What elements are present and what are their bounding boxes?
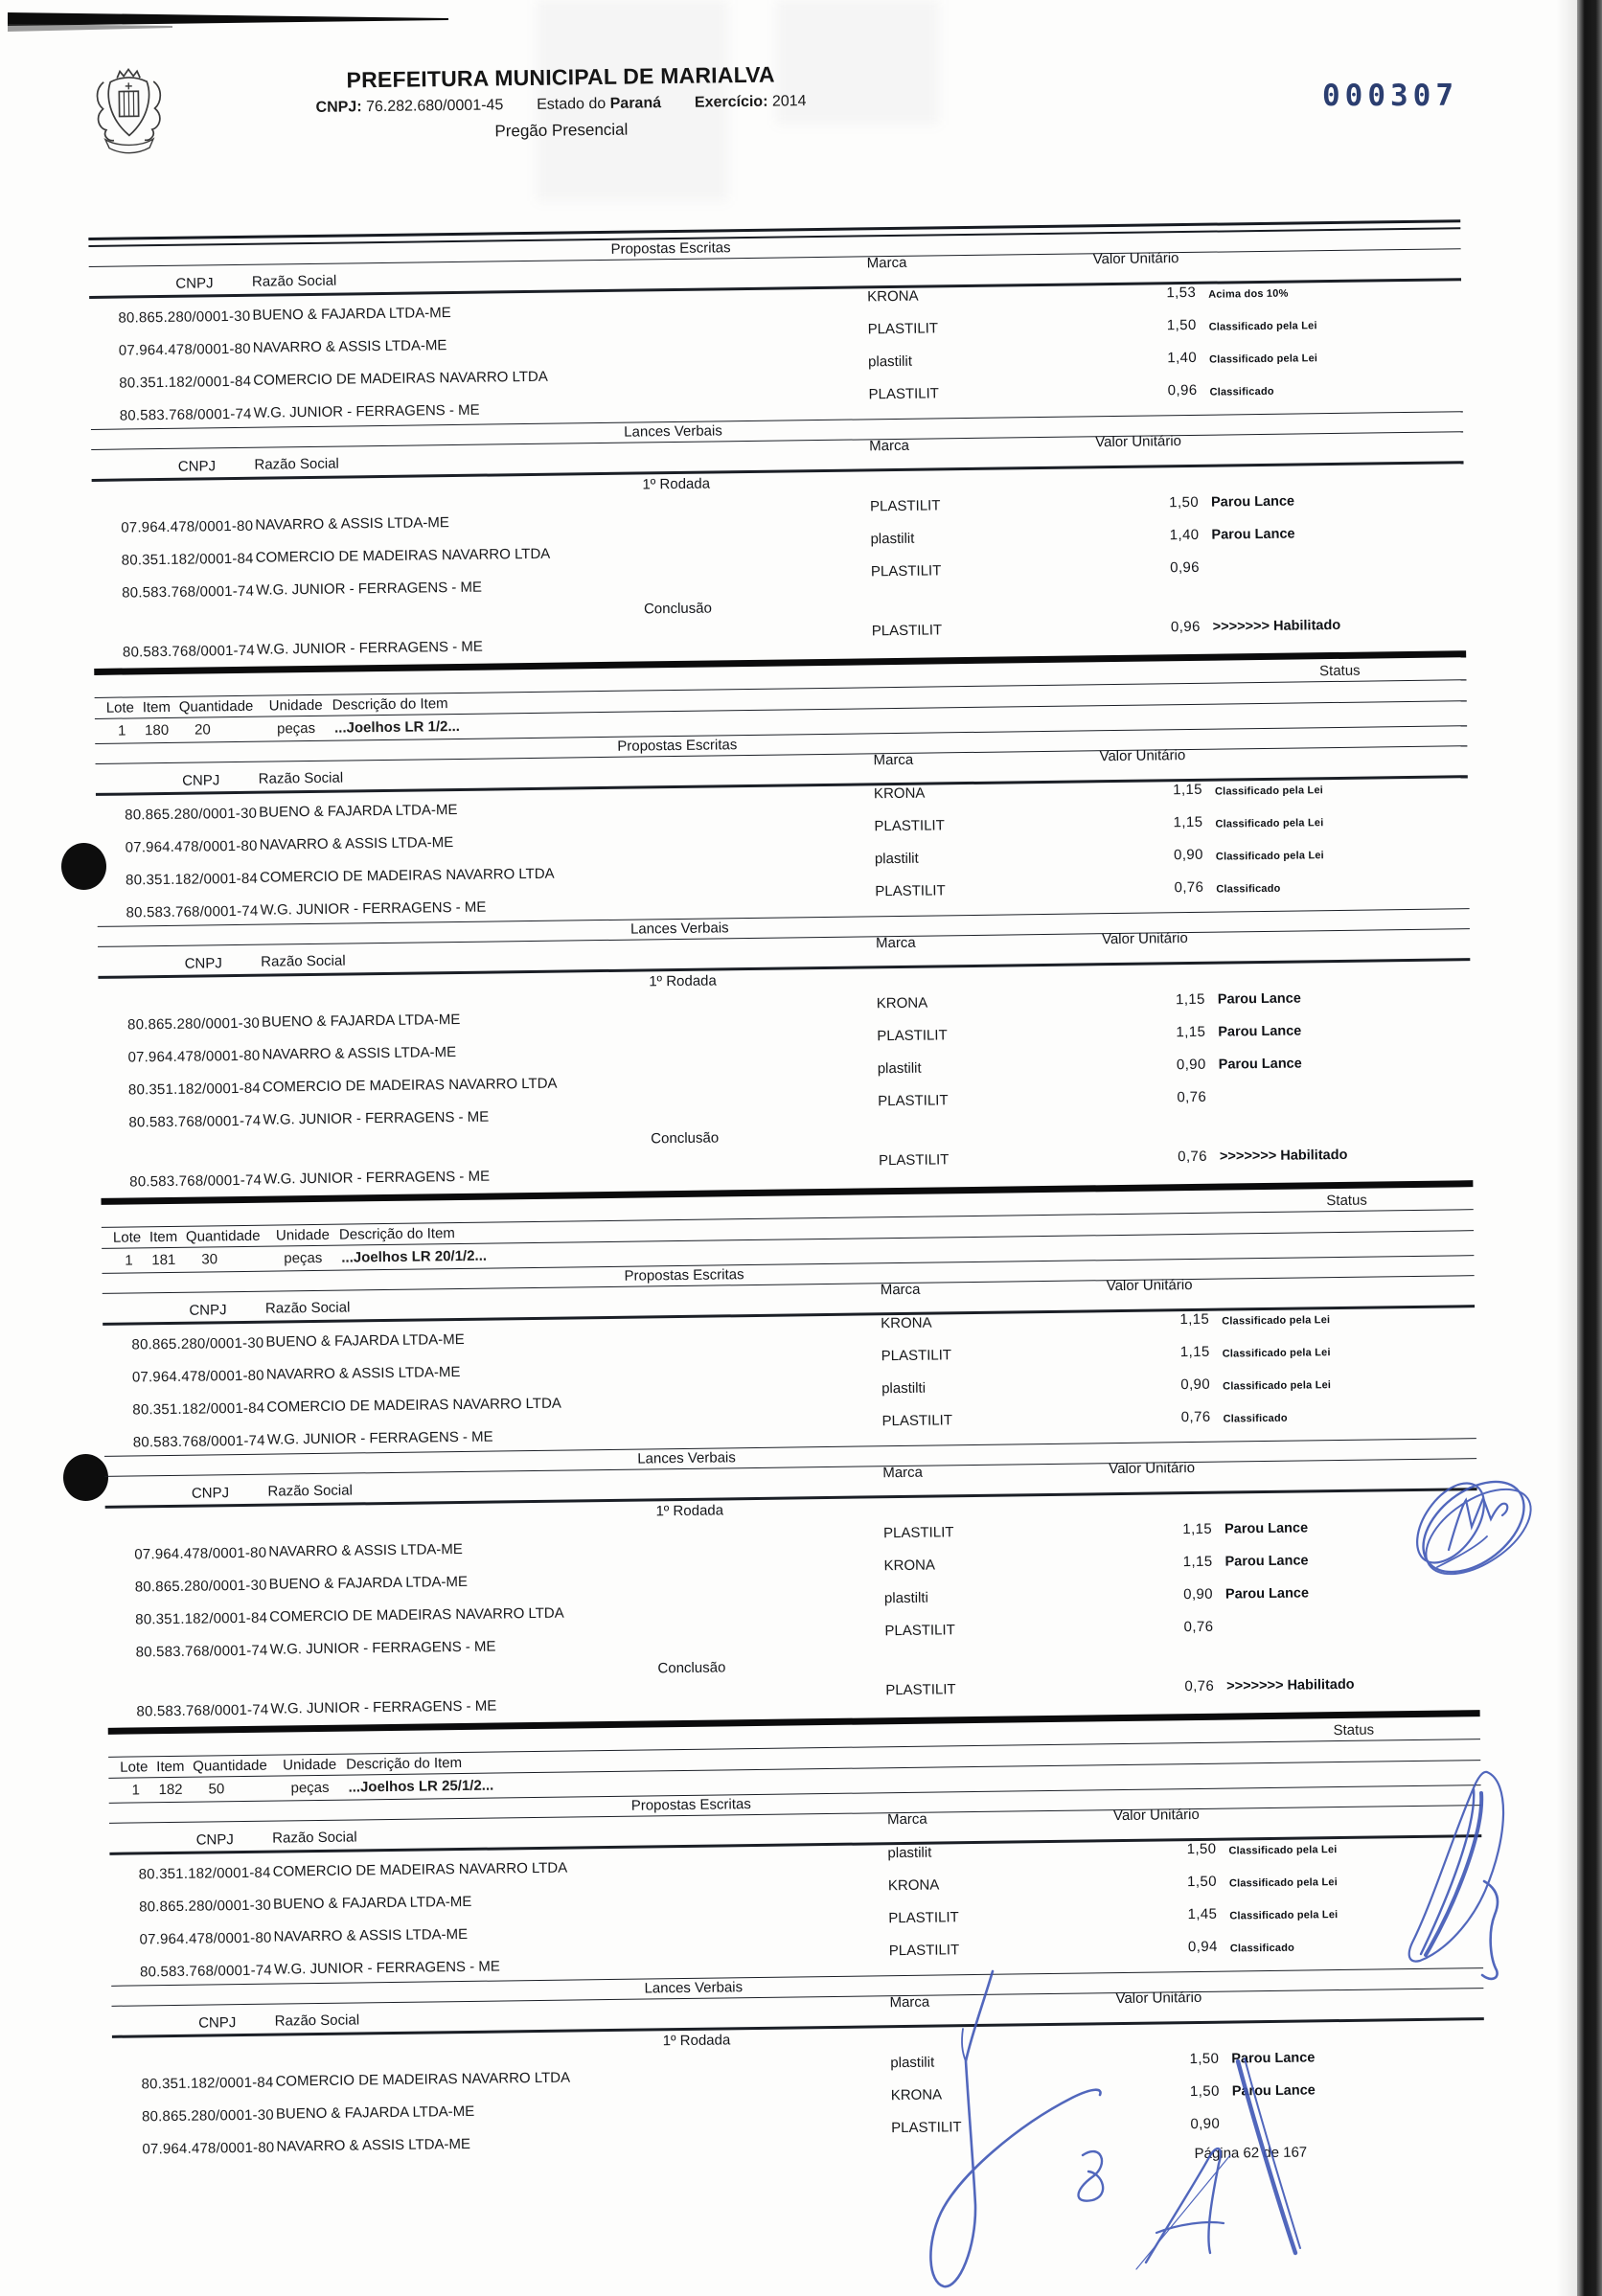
valor-unitario-cell: 1,50: [1027, 2051, 1219, 2070]
cnpj-cell: 80.351.182/0001-84: [126, 871, 258, 889]
marca-cell: KRONA: [888, 1877, 940, 1895]
bid-rows: 1º Rodada KRONA 1,15 Parou Lance 80.865.…: [98, 961, 1473, 1195]
page-footer: Página 62 de 167: [1195, 2145, 1308, 2163]
valor-unitario-cell: 0,76: [1016, 1148, 1207, 1168]
status-note-cell: Classificado: [1230, 1943, 1294, 1955]
descricao-cell: ...Joelhos LR 25/1/2...: [348, 1778, 493, 1796]
status-note-cell: Parou Lance: [1224, 1520, 1308, 1536]
cnpj-cell: 80.351.182/0001-84: [139, 1865, 271, 1883]
status-note-cell: Classificado pela Lei: [1229, 1909, 1338, 1921]
cnpj-cell: 80.583.768/0001-74: [140, 1963, 272, 1981]
col-header-marca: Marca: [869, 438, 909, 455]
valor-unitario-cell: 1,45: [1025, 1906, 1217, 1925]
bid-table: Lances Verbais CNPJ Razão Social Marca V…: [111, 1968, 1485, 2163]
cnpj-cell: 80.583.768/0001-74: [136, 1643, 268, 1661]
cnpj-cell: 80.865.280/0001-30: [139, 1898, 271, 1916]
razao-social-cell: COMERCIO DE MADEIRAS NAVARRO LTDA: [263, 1076, 558, 1096]
col-header-marca: Marca: [887, 1811, 927, 1829]
lote-cell: 1: [118, 723, 126, 739]
col-header-quantidade: Quantidade: [186, 1228, 261, 1245]
valor-unitario-cell: 1,53: [1004, 284, 1196, 304]
status-note-cell: Acima dos 10%: [1208, 288, 1288, 301]
marca-cell: KRONA: [883, 1557, 935, 1575]
status-note-cell: Classificado: [1209, 386, 1273, 398]
valor-unitario-cell: 0,76: [1015, 1089, 1206, 1108]
razao-social-cell: NAVARRO & ASSIS LTDA-ME: [260, 834, 454, 853]
razao-social-cell: W.G. JUNIOR - FERRAGENS - ME: [274, 1959, 500, 1978]
status-note-cell: Parou Lance: [1219, 1056, 1302, 1072]
scan-top-streak: [8, 24, 172, 32]
scan-right-edge-band: [1577, 0, 1602, 2296]
col-header-item: Item: [149, 1229, 177, 1245]
col-header-razao-social: Razão Social: [254, 456, 339, 473]
col-header-cnpj: CNPJ: [170, 2014, 265, 2032]
col-header-razao-social: Razão Social: [267, 1482, 353, 1499]
marca-cell: PLASTILIT: [888, 1909, 959, 1926]
valor-unitario-cell: 1,15: [1020, 1521, 1212, 1540]
col-header-lote: Lote: [106, 699, 134, 716]
estado-prefix: Estado do: [537, 96, 606, 113]
status-note-cell: Classificado pela Lei: [1209, 352, 1317, 365]
status-note-cell: Parou Lance: [1211, 527, 1294, 543]
razao-social-cell: W.G. JUNIOR - FERRAGENS - ME: [270, 1698, 496, 1717]
valor-unitario-cell: 1,15: [1011, 782, 1202, 801]
razao-social-cell: COMERCIO DE MADEIRAS NAVARRO LTDA: [260, 866, 555, 886]
razao-social-cell: COMERCIO DE MADEIRAS NAVARRO LTDA: [273, 1860, 568, 1880]
status-note-cell: Classificado: [1224, 1413, 1288, 1425]
razao-social-cell: BUENO & FAJARDA LTDA-ME: [259, 802, 457, 821]
col-header-unidade: Unidade: [269, 697, 323, 715]
cnpj-cell: 80.351.182/0001-84: [141, 2075, 273, 2093]
col-header-cnpj: CNPJ: [153, 772, 249, 789]
col-header-quantidade: Quantidade: [179, 698, 254, 716]
razao-social-cell: NAVARRO & ASSIS LTDA-ME: [266, 1364, 461, 1383]
status-note-cell: Classificado pela Lei: [1209, 320, 1317, 332]
cnpj-cell: 80.865.280/0001-30: [125, 806, 257, 824]
status-note-cell: Parou Lance: [1218, 990, 1301, 1007]
valor-unitario-cell: 0,94: [1026, 1939, 1218, 1958]
document-body: PREFEITURA MUNICIPAL DE MARIALVA CNPJ: 7…: [86, 49, 1486, 2163]
status-note-cell: Parou Lance: [1211, 494, 1294, 511]
valor-unitario-cell: 1,50: [1025, 1874, 1217, 1893]
col-header-descricao: Descrição do Item: [346, 1755, 462, 1773]
valor-unitario-cell: 0,76: [1022, 1678, 1214, 1697]
cnpj-cell: 07.964.478/0001-80: [119, 341, 251, 359]
valor-unitario-cell: 0,96: [1008, 559, 1200, 579]
exercicio-label: Exercício:: [695, 94, 768, 111]
valor-unitario-cell: 1,15: [1011, 814, 1202, 833]
bid-table: Lances Verbais CNPJ Razão Social Marca V…: [104, 1439, 1480, 1735]
valor-unitario-cell: 1,15: [1018, 1311, 1209, 1330]
razao-social-cell: COMERCIO DE MADEIRAS NAVARRO LTDA: [256, 546, 551, 566]
marca-cell: PLASTILIT: [868, 320, 939, 337]
marca-cell: PLASTILIT: [870, 497, 941, 514]
cnpj-cell: 07.964.478/0001-80: [127, 1048, 260, 1066]
marca-cell: PLASTILIT: [877, 1027, 948, 1044]
pen-figure8-mark: [1079, 2151, 1104, 2201]
pen-signature-a: [1136, 2148, 1230, 2269]
marca-cell: KRONA: [891, 2086, 943, 2103]
col-header-marca: Marca: [873, 752, 913, 769]
valor-unitario-cell: 0,96: [1009, 619, 1201, 638]
razao-social-cell: W.G. JUNIOR - FERRAGENS - ME: [254, 402, 480, 421]
document-subtitle: Pregão Presencial: [87, 115, 1036, 147]
marca-cell: plastilti: [884, 1590, 928, 1607]
marca-cell: PLASTILIT: [874, 817, 945, 834]
razao-social-cell: NAVARRO & ASSIS LTDA-ME: [276, 2136, 470, 2155]
col-header-item: Item: [143, 699, 171, 716]
bid-rows: 1º Rodada plastilit 1,50 Parou Lance 80.…: [112, 2020, 1486, 2163]
valor-unitario-cell: 0,76: [1021, 1619, 1213, 1638]
bid-rows: 1º Rodada PLASTILIT 1,50 Parou Lance 07.…: [92, 464, 1466, 666]
marca-cell: KRONA: [867, 288, 919, 306]
cnpj-cell: 07.964.478/0001-80: [126, 838, 258, 856]
cnpj-cell: 80.865.280/0001-30: [118, 308, 250, 327]
item-cell: 180: [145, 722, 169, 739]
cnpj-cell: 07.964.478/0001-80: [142, 2140, 274, 2158]
status-note-cell: >>>>>>> Habilitado: [1213, 618, 1341, 635]
marca-cell: plastilit: [870, 531, 914, 548]
marca-cell: KRONA: [877, 995, 928, 1012]
status-note-cell: Classificado pela Lei: [1215, 817, 1323, 830]
status-note-cell: Classificado pela Lei: [1229, 1876, 1338, 1889]
marca-cell: PLASTILIT: [875, 882, 946, 899]
marca-cell: KRONA: [881, 1315, 932, 1332]
marca-cell: plastilti: [881, 1380, 926, 1398]
razao-social-cell: NAVARRO & ASSIS LTDA-ME: [255, 514, 449, 534]
col-header-valor-unitario: Valor Unitário: [1113, 1807, 1200, 1824]
lote-cell: 1: [131, 1782, 140, 1798]
scanned-document-page: { "stamp": "000307", "colors": { "stamp_…: [0, 0, 1602, 2296]
status-note-cell: Parou Lance: [1231, 2050, 1315, 2066]
cnpj-cell: 80.351.182/0001-84: [122, 551, 254, 569]
valor-unitario-cell: 1,50: [1007, 494, 1199, 513]
bid-table: Lances Verbais CNPJ Razão Social Marca V…: [98, 909, 1474, 1205]
col-header-cnpj: CNPJ: [149, 458, 244, 475]
col-header-valor-unitario: Valor Unitário: [1095, 433, 1181, 450]
col-header-unidade: Unidade: [276, 1227, 330, 1244]
valor-unitario-cell: 1,50: [1005, 317, 1197, 336]
bid-table: Propostas Escritas CNPJ Razão Social Mar…: [102, 1256, 1476, 1457]
item-cell: 181: [151, 1252, 175, 1268]
col-header-valor-unitario: Valor Unitário: [1093, 250, 1179, 267]
cnpj-cell: 80.351.182/0001-84: [119, 374, 251, 392]
valor-unitario-cell: 1,15: [1018, 1344, 1210, 1363]
marca-cell: plastilit: [890, 2055, 934, 2072]
cnpj-cell: 80.583.768/0001-74: [129, 1172, 262, 1191]
marca-cell: PLASTILIT: [879, 1151, 950, 1169]
cnpj-label: CNPJ:: [315, 99, 361, 116]
valor-unitario-cell: 1,15: [1020, 1554, 1212, 1573]
cnpj-cell: 80.865.280/0001-30: [142, 2107, 274, 2126]
valor-unitario-cell: 0,96: [1005, 382, 1197, 401]
cnpj-cell: 07.964.478/0001-80: [139, 1930, 271, 1948]
status-note-cell: >>>>>>> Habilitado: [1220, 1148, 1348, 1165]
marca-cell: PLASTILIT: [889, 1942, 960, 1959]
razao-social-cell: BUENO & FAJARDA LTDA-ME: [252, 305, 450, 324]
col-header-razao-social: Razão Social: [275, 2012, 360, 2029]
col-header-razao-social: Razão Social: [259, 770, 344, 787]
quantidade-cell: 20: [195, 721, 211, 738]
valor-unitario-cell: 0,76: [1018, 1409, 1210, 1428]
scan-right-edge-shade: [1556, 0, 1577, 2296]
razao-social-cell: W.G. JUNIOR - FERRAGENS - ME: [267, 1429, 493, 1448]
razao-social-cell: NAVARRO & ASSIS LTDA-ME: [268, 1541, 463, 1560]
unidade-cell: peças: [290, 1780, 329, 1797]
cnpj-cell: 07.964.478/0001-80: [121, 518, 253, 536]
razao-social-cell: NAVARRO & ASSIS LTDA-ME: [273, 1926, 468, 1945]
col-header-valor-unitario: Valor Unitário: [1107, 1277, 1193, 1294]
razao-social-cell: BUENO & FAJARDA LTDA-ME: [276, 2103, 474, 2123]
razao-social-cell: W.G. JUNIOR - FERRAGENS - ME: [256, 580, 482, 599]
valor-unitario-cell: 0,90: [1028, 2116, 1220, 2135]
bid-table: Propostas Escritas CNPJ Razão Social Mar…: [88, 219, 1463, 430]
cnpj-cell: 80.351.182/0001-84: [132, 1400, 264, 1419]
valor-unitario-cell: 0,90: [1021, 1586, 1213, 1605]
blocks: Propostas Escritas CNPJ Razão Social Mar…: [88, 219, 1485, 2163]
col-header-razao-social: Razão Social: [252, 273, 337, 290]
marca-cell: PLASTILIT: [872, 622, 943, 639]
razao-social-cell: COMERCIO DE MADEIRAS NAVARRO LTDA: [275, 2070, 570, 2090]
cnpj-cell: 80.865.280/0001-30: [131, 1335, 263, 1353]
cnpj-cell: 80.583.768/0001-74: [133, 1433, 265, 1451]
header-text: PREFEITURA MUNICIPAL DE MARIALVA CNPJ: 7…: [86, 58, 1036, 147]
descricao-cell: ...Joelhos LR 20/1/2...: [341, 1248, 487, 1266]
marca-cell: PLASTILIT: [881, 1412, 952, 1429]
bid-table: Propostas Escritas CNPJ Razão Social Mar…: [109, 1785, 1483, 1987]
status-note-cell: Parou Lance: [1218, 1023, 1301, 1039]
unidade-cell: peças: [284, 1250, 322, 1267]
razao-social-cell: COMERCIO DE MADEIRAS NAVARRO LTDA: [253, 369, 548, 389]
status-note-cell: Parou Lance: [1225, 1585, 1309, 1602]
valor-unitario-cell: 0,76: [1012, 879, 1203, 898]
bid-rows: KRONA 1,15 Classificado pela Lei 80.865.…: [103, 1307, 1476, 1456]
status-note-cell: Classificado pela Lei: [1223, 1379, 1331, 1392]
scan-top-streak: [8, 12, 448, 26]
punch-hole-mark: [63, 1454, 108, 1501]
status-note-cell: Classificado pela Lei: [1222, 1314, 1330, 1327]
col-header-status: Status: [1289, 1192, 1404, 1210]
col-header-marca: Marca: [867, 255, 907, 272]
status-note-cell: Classificado: [1216, 883, 1280, 896]
razao-social-cell: NAVARRO & ASSIS LTDA-ME: [262, 1044, 456, 1063]
razao-social-cell: BUENO & FAJARDA LTDA-ME: [262, 1012, 460, 1031]
col-header-status: Status: [1282, 662, 1397, 680]
razao-social-cell: W.G. JUNIOR - FERRAGENS - ME: [263, 1169, 490, 1188]
status-note-cell: >>>>>>> Habilitado: [1226, 1677, 1355, 1694]
descricao-cell: ...Joelhos LR 1/2...: [334, 718, 460, 737]
status-note-cell: Parou Lance: [1224, 1553, 1308, 1569]
col-header-valor-unitario: Valor Unitário: [1115, 1989, 1201, 2007]
cnpj-cell: 80.583.768/0001-74: [128, 1113, 261, 1131]
razao-social-cell: COMERCIO DE MADEIRAS NAVARRO LTDA: [266, 1396, 561, 1416]
marca-cell: PLASTILIT: [878, 1092, 949, 1109]
razao-social-cell: W.G. JUNIOR - FERRAGENS - ME: [260, 899, 486, 919]
col-header-lote: Lote: [120, 1759, 148, 1775]
col-header-valor-unitario: Valor Unitário: [1102, 930, 1188, 947]
col-header-status: Status: [1296, 1721, 1411, 1739]
marca-cell: KRONA: [874, 785, 926, 803]
bid-rows: KRONA 1,53 Acima dos 10% 80.865.280/0001…: [89, 281, 1463, 429]
razao-social-cell: W.G. JUNIOR - FERRAGENS - ME: [263, 1109, 489, 1128]
col-header-valor-unitario: Valor Unitário: [1109, 1460, 1195, 1477]
col-header-quantidade: Quantidade: [193, 1758, 267, 1775]
col-header-descricao: Descrição do Item: [339, 1225, 455, 1243]
razao-social-cell: BUENO & FAJARDA LTDA-ME: [273, 1894, 471, 1913]
razao-social-cell: NAVARRO & ASSIS LTDA-ME: [253, 337, 447, 356]
col-header-unidade: Unidade: [283, 1757, 336, 1774]
razao-social-cell: BUENO & FAJARDA LTDA-ME: [265, 1331, 464, 1351]
valor-unitario-cell: 1,50: [1028, 2083, 1220, 2103]
marca-cell: plastilit: [875, 851, 919, 868]
cnpj-cell: 80.583.768/0001-74: [136, 1702, 268, 1720]
marca-cell: plastilit: [878, 1060, 922, 1078]
cnpj-cell: 80.583.768/0001-74: [126, 903, 258, 921]
valor-unitario-cell: 1,15: [1014, 991, 1205, 1011]
quantidade-cell: 30: [201, 1251, 217, 1267]
marca-cell: plastilit: [868, 353, 912, 371]
col-header-item: Item: [156, 1759, 184, 1775]
marca-cell: PLASTILIT: [885, 1681, 956, 1698]
bid-rows: plastilit 1,50 Classificado pela Lei 80.…: [109, 1837, 1483, 1986]
valor-unitario-cell: 1,40: [1005, 350, 1197, 369]
marca-cell: PLASTILIT: [871, 562, 942, 580]
document-header: PREFEITURA MUNICIPAL DE MARIALVA CNPJ: 7…: [86, 49, 1459, 170]
status-note-cell: Classificado pela Lei: [1228, 1844, 1337, 1856]
col-header-razao-social: Razão Social: [261, 953, 346, 970]
marca-cell: PLASTILIT: [891, 2119, 962, 2136]
status-note-cell: Parou Lance: [1232, 2082, 1316, 2099]
razao-social-cell: BUENO & FAJARDA LTDA-ME: [269, 1574, 468, 1593]
item-cell: 182: [158, 1782, 182, 1798]
unidade-cell: peças: [277, 720, 315, 738]
marca-cell: PLASTILIT: [881, 1347, 952, 1364]
col-header-marca: Marca: [876, 935, 916, 952]
col-header-marca: Marca: [882, 1465, 923, 1482]
col-header-valor-unitario: Valor Unitário: [1099, 747, 1185, 764]
col-header-lote: Lote: [113, 1229, 141, 1245]
col-header-descricao: Descrição do Item: [332, 695, 448, 714]
marca-cell: PLASTILIT: [884, 1622, 955, 1639]
bid-rows: KRONA 1,15 Classificado pela Lei 80.865.…: [96, 778, 1470, 926]
cnpj-cell: 80.583.768/0001-74: [120, 406, 252, 424]
lote-cell: 1: [125, 1252, 133, 1268]
valor-unitario-cell: 1,40: [1007, 527, 1199, 546]
status-note-cell: Classificado pela Lei: [1216, 850, 1324, 862]
valor-unitario-cell: 0,90: [1012, 847, 1203, 866]
status-note-cell: Classificado pela Lei: [1215, 784, 1323, 797]
marca-cell: plastilit: [887, 1845, 931, 1862]
cnpj-cell: 07.964.478/0001-80: [134, 1545, 266, 1563]
razao-social-cell: COMERCIO DE MADEIRAS NAVARRO LTDA: [269, 1605, 564, 1625]
col-header-marca: Marca: [889, 1994, 929, 2012]
cnpj-cell: 80.583.768/0001-74: [123, 643, 255, 661]
cnpj-cell: 80.865.280/0001-30: [127, 1015, 260, 1034]
cnpj-value: 76.282.680/0001-45: [366, 97, 503, 115]
col-header-cnpj: CNPJ: [162, 1485, 258, 1502]
col-header-marca: Marca: [881, 1282, 921, 1299]
valor-unitario-cell: 1,15: [1014, 1024, 1205, 1043]
cnpj-cell: 80.351.182/0001-84: [135, 1610, 267, 1628]
cnpj-cell: 80.583.768/0001-74: [122, 583, 254, 602]
col-header-cnpj: CNPJ: [147, 275, 242, 292]
cnpj-cell: 07.964.478/0001-80: [132, 1368, 264, 1386]
status-note-cell: Classificado pela Lei: [1223, 1347, 1331, 1359]
bid-rows: 1º Rodada PLASTILIT 1,15 Parou Lance 07.…: [105, 1490, 1480, 1725]
razao-social-cell: W.G. JUNIOR - FERRAGENS - ME: [270, 1639, 496, 1658]
quantidade-cell: 50: [208, 1781, 224, 1797]
col-header-razao-social: Razão Social: [272, 1829, 357, 1846]
bid-table: Propostas Escritas CNPJ Razão Social Mar…: [95, 726, 1469, 927]
estado-value: Paraná: [610, 95, 662, 112]
cnpj-cell: 80.865.280/0001-30: [135, 1578, 267, 1596]
col-header-cnpj: CNPJ: [155, 955, 251, 972]
valor-unitario-cell: 0,90: [1015, 1057, 1206, 1076]
marca-cell: PLASTILIT: [883, 1524, 954, 1541]
marca-cell: PLASTILIT: [868, 385, 939, 402]
col-header-razao-social: Razão Social: [265, 1300, 351, 1317]
cnpj-cell: 80.351.182/0001-84: [128, 1080, 261, 1099]
valor-unitario-cell: 1,50: [1024, 1841, 1216, 1860]
col-header-cnpj: CNPJ: [167, 1831, 263, 1849]
bid-table: Lances Verbais CNPJ Razão Social Marca V…: [91, 412, 1466, 675]
exercicio-value: 2014: [772, 93, 807, 109]
col-header-cnpj: CNPJ: [160, 1302, 256, 1319]
razao-social-cell: W.G. JUNIOR - FERRAGENS - ME: [257, 639, 483, 658]
valor-unitario-cell: 0,90: [1018, 1376, 1210, 1396]
